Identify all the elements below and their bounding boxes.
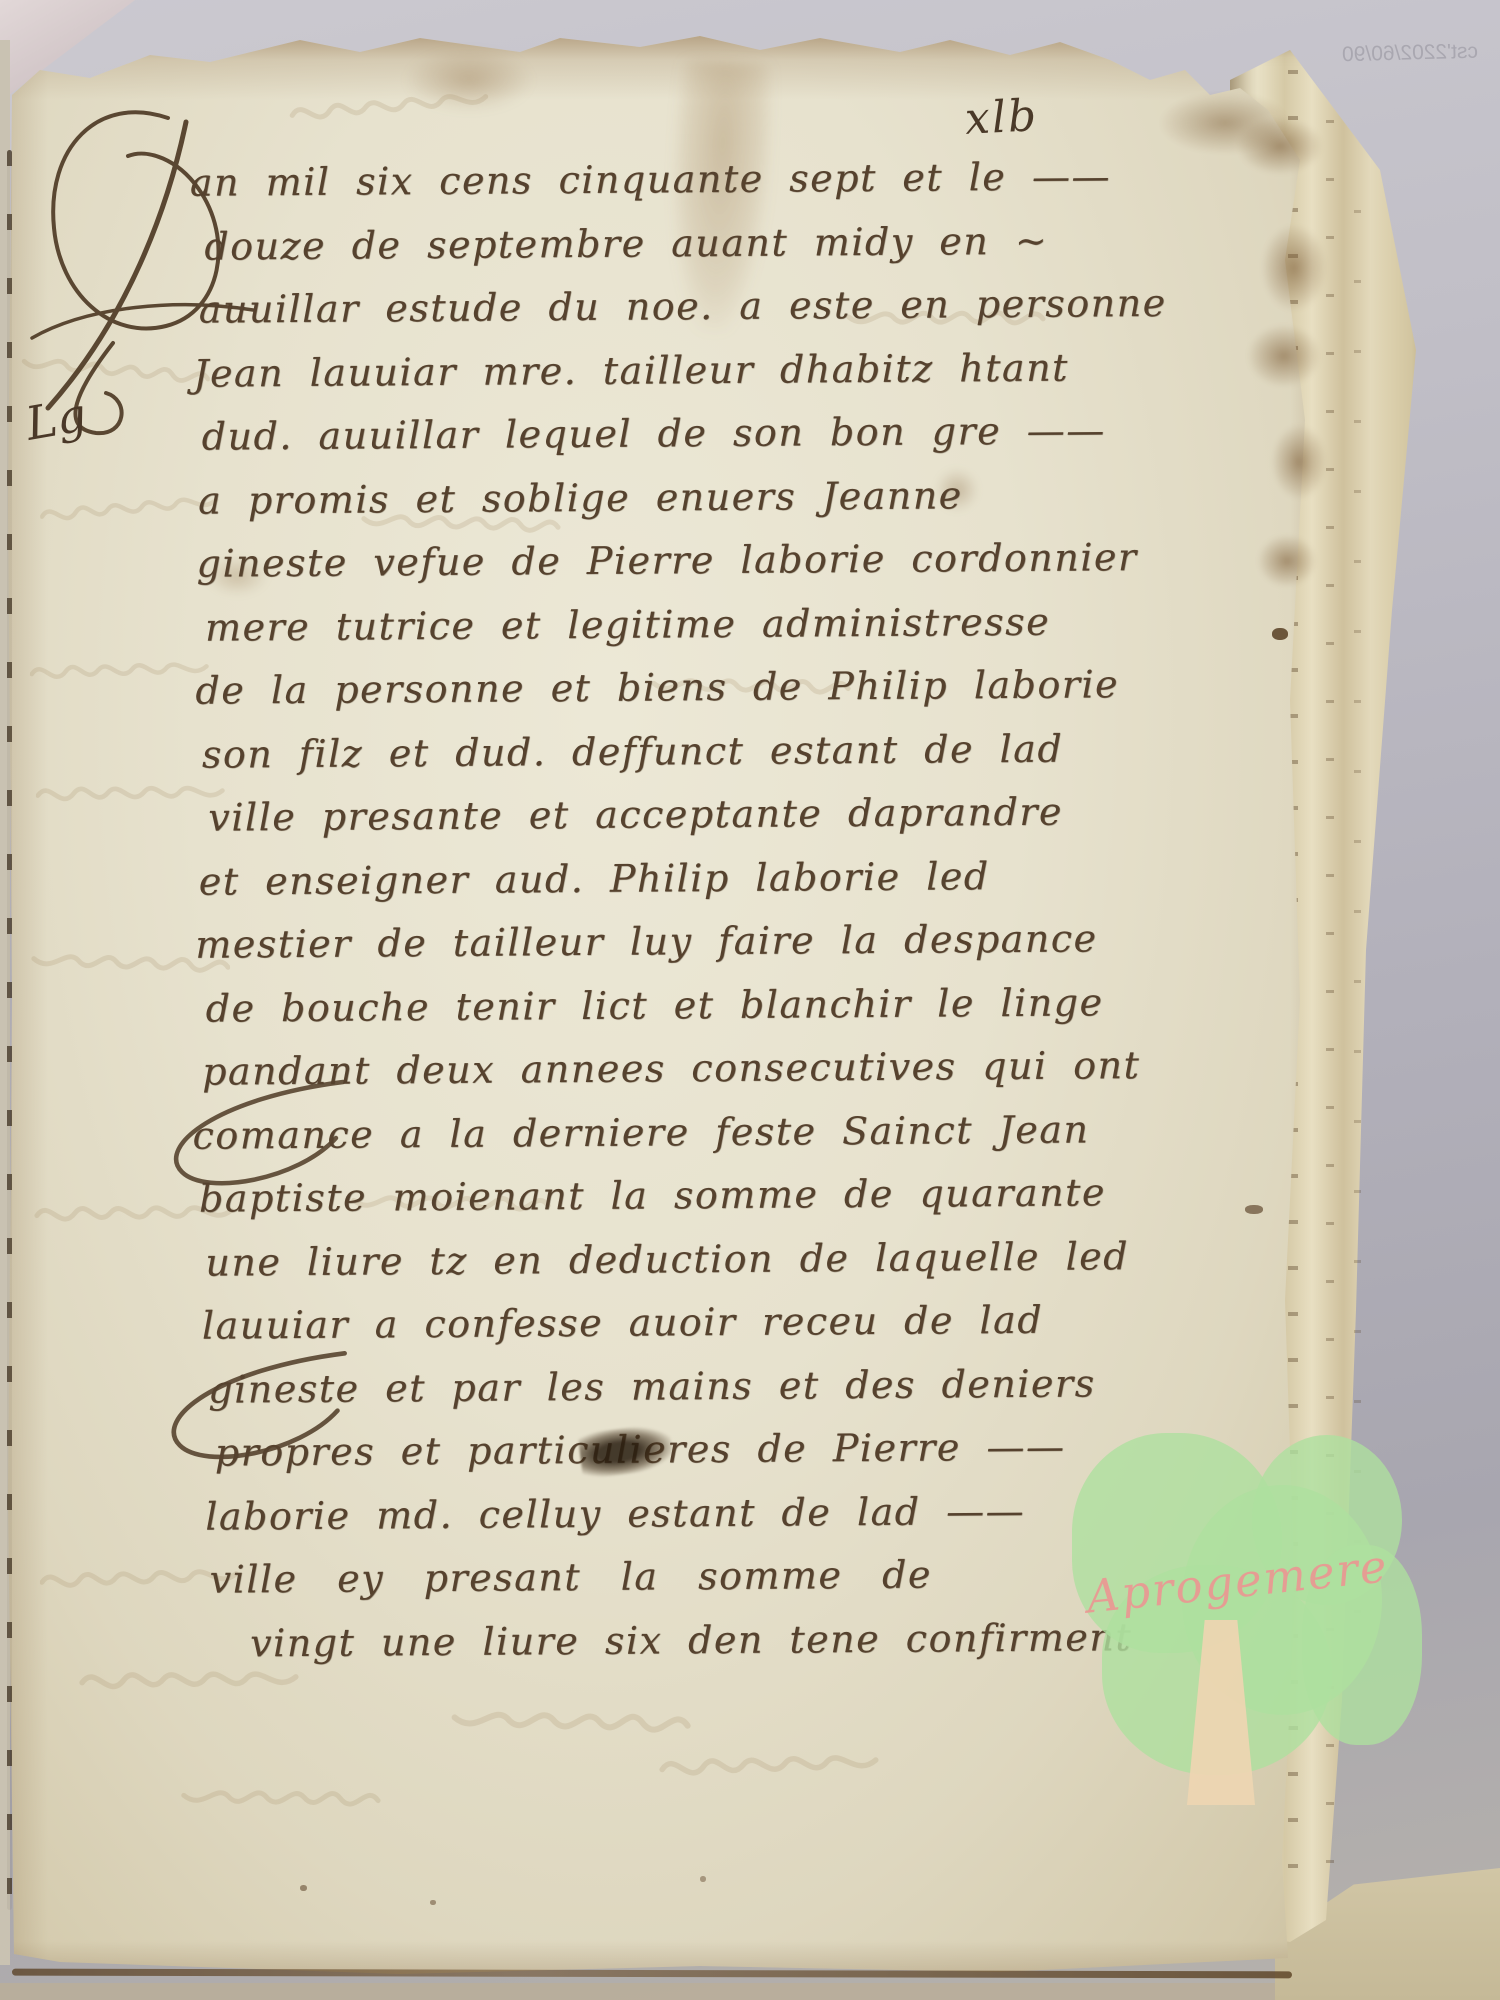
manuscript-photo: { "page_number": "xlb", "manuscript": { … [0,0,1500,2000]
manuscript-line: an mil six cens cinquante sept et le —— [190,144,1250,215]
manuscript-line: douze de septembre auant midy en ~ [204,208,1250,279]
gutter-edge-line [7,150,12,1910]
manuscript-line: dud. auuillar lequel de son bon gre —— [201,398,1251,469]
margin-mark: Lg [22,387,90,451]
manuscript-line: son filz et dud. deffunct estant de lad [202,716,1254,787]
ink-speck [430,1900,436,1905]
page-number: xlb [964,90,1040,145]
manuscript-line: baptiste moienant la somme de quarante [199,1160,1257,1231]
torn-edge-crumb [1272,425,1326,499]
ink-speck [300,1885,307,1891]
manuscript-line: Jean lauuiar mre. tailleur dhabitz htant [193,335,1251,406]
manuscript-line: auuillar estude du noe. a este en person… [199,271,1251,342]
manuscript-line: gineste vefue de Pierre laborie cordonni… [196,525,1252,596]
background-reference-text: cst'2202/60/90 [1298,40,1479,69]
page-bottom-edge [12,1969,1292,1979]
manuscript-line: a promis et soblige enuers Jeanne [198,462,1252,533]
manuscript-line: de la personne et biens de Philip labori… [195,652,1253,723]
manuscript-line: mere tutrice et legitime administresse [205,589,1253,660]
manuscript-line: et enseigner aud. Philip laborie led [199,843,1255,914]
manuscript-line: comance a la derniere feste Sainct Jean [192,1097,1256,1168]
table-surface-strip [0,1983,1310,2000]
torn-edge-crumb [1248,325,1320,387]
manuscript-line: pandant deux annees consecutives qui ont [202,1033,1256,1104]
torn-edge-crumb [1262,225,1326,311]
manuscript-line: ville presante et acceptante daprandre [208,779,1254,850]
torn-edge-crumb [1258,535,1316,587]
manuscript-line: une liure tz en deduction de laquelle le… [205,1224,1257,1295]
ink-speck [700,1876,706,1882]
ink-speck [1272,628,1288,640]
manuscript-line: mestier de tailleur luy faire la despanc… [195,906,1255,977]
manuscript-line: de bouche tenir lict et blanchir le ling… [205,970,1255,1041]
manuscript-line: lauuiar a confesse auoir receu de lad [202,1287,1258,1358]
archive-watermark: Aprogemere [1052,1405,1432,1825]
